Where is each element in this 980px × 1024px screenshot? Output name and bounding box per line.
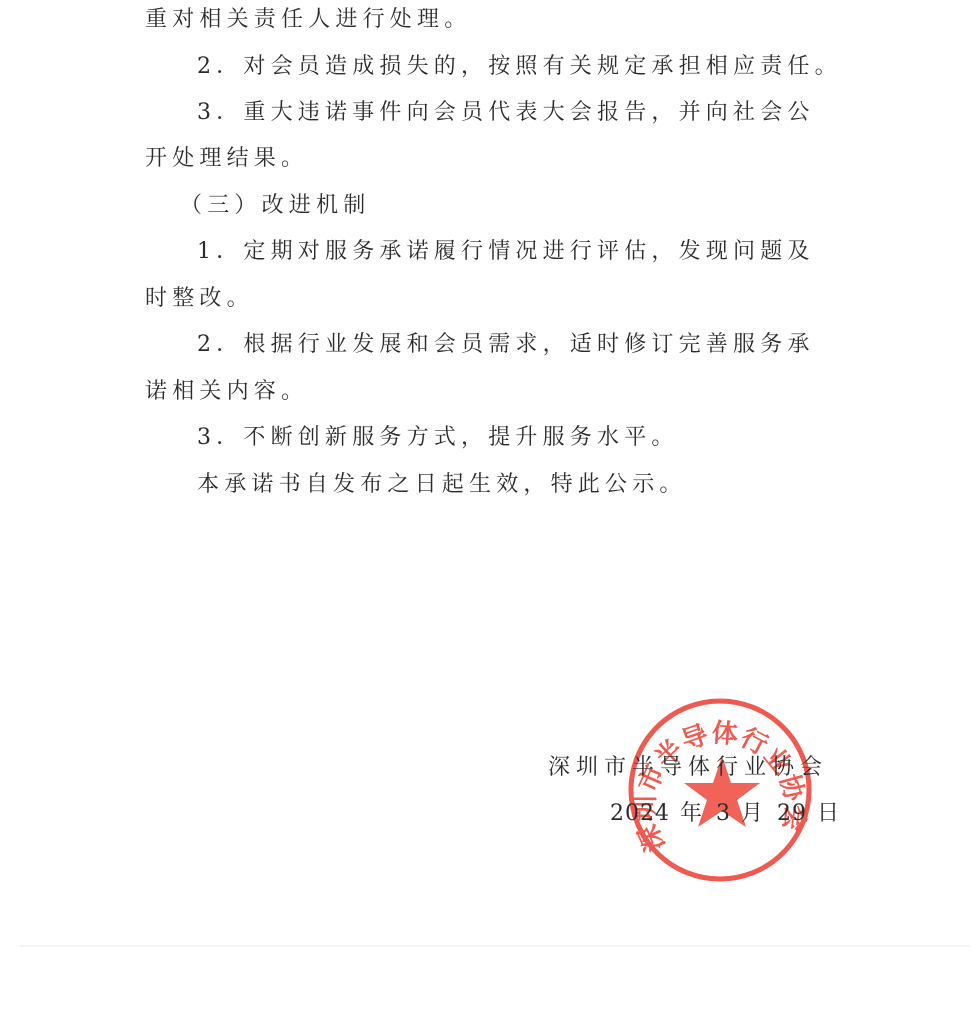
body-line-item-3-major-violation: 3．重大违诺事件向会员代表大会报告，并向社会公 [197,99,815,127]
body-line-improve-item-1: 1．定期对服务承诺履行情况进行评估，发现问题及 [197,238,815,266]
body-line-item-3-continuation: 开处理结果。 [145,145,308,173]
body-line-improve-item-2: 2．根据行业发展和会员需求，适时修订完善服务承 [197,331,815,359]
date-month: 3 [716,801,731,826]
official-seal-stamp: 深圳市半导体行业协会 [626,696,814,884]
section-heading-improvement: （三）改进机制 [180,192,370,220]
body-line-improve-item-3: 3．不断创新服务方式，提升服务水平。 [197,424,679,452]
date-day: 29 [777,801,807,826]
body-line-improve-item-2-continuation: 诺相关内容。 [145,378,308,406]
body-line-continuation: 重对相关责任人进行处理。 [145,6,471,34]
body-line-improve-item-1-continuation: 时整改。 [145,285,254,313]
signature-date: 2024年3月29日 [610,800,843,828]
date-month-unit: 月 [741,801,767,826]
body-line-item-2-member-loss: 2．对会员造成损失的，按照有关规定承担相应责任。 [197,53,842,81]
document-page: 重对相关责任人进行处理。 2．对会员造成损失的，按照有关规定承担相应责任。 3．… [0,0,980,1024]
date-year: 2024 [610,801,670,826]
date-year-unit: 年 [680,801,706,826]
date-day-unit: 日 [817,801,843,826]
closing-statement: 本承诺书自发布之日起生效，特此公示。 [197,471,687,499]
signature-organization: 深圳市半导体行业协会 [548,754,828,782]
scan-artifact-line [20,945,970,947]
